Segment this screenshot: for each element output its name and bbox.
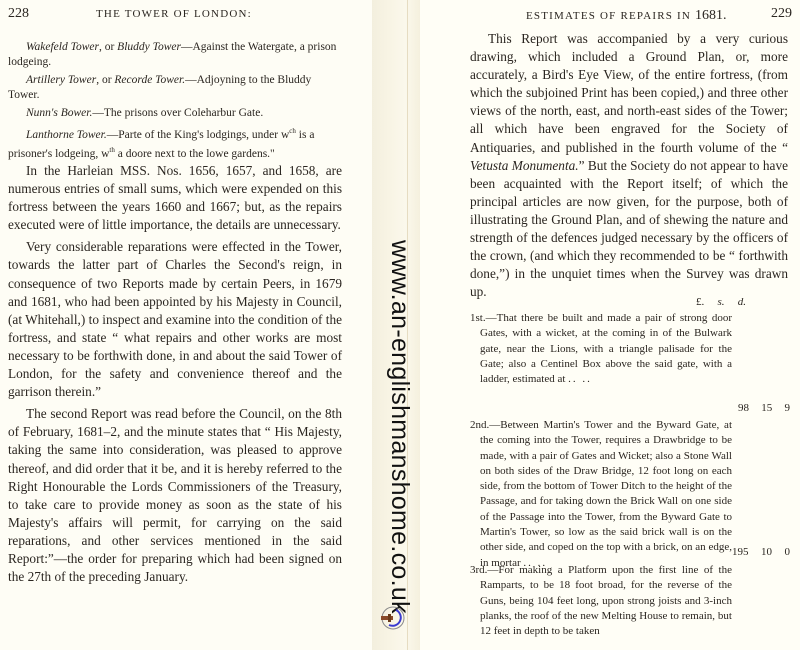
list-item: Artillery Tower, or Recorde Tower.—Adjoy…: [8, 73, 342, 103]
book-spread: 228 THE TOWER OF LONDON: Wakefeld Tower,…: [0, 0, 800, 650]
watermark-text: www.an-englishmanshome.co.uk: [385, 240, 414, 570]
currency-header: £. s. d.: [696, 296, 746, 308]
list-item: Lanthorne Tower.—Parte of the King's lod…: [8, 124, 342, 162]
left-page: 228 THE TOWER OF LONDON: Wakefeld Tower,…: [0, 0, 380, 650]
running-title: THE TOWER OF LONDON:: [96, 8, 252, 20]
right-intro: This Report was accompanied by a very cu…: [470, 30, 788, 301]
compass-flag-logo-icon: [379, 605, 405, 631]
estimate-item-1: 1st.—That there be built and made a pair…: [470, 311, 732, 387]
tower-list: Wakefeld Tower, or Bluddy Tower—Against …: [8, 40, 342, 162]
paragraph: Very considerable reparations were effec…: [8, 238, 342, 401]
italic-title: Vetusta Monumenta.: [470, 158, 579, 173]
estimate-item-2: 2nd.—Between Martin's Tower and the Bywa…: [470, 418, 732, 571]
list-item: Nunn's Bower.—The prisons over Coleharbu…: [8, 106, 342, 121]
page-number: 228: [8, 6, 29, 22]
paragraph: In the Harleian MSS. Nos. 1656, 1657, an…: [8, 162, 342, 234]
page-number: 229: [771, 6, 792, 22]
estimate-amount-2: 195 10 0: [732, 546, 790, 558]
estimate-item-3: 3rd.—For making a Platform upon the firs…: [470, 563, 732, 639]
paragraph: The second Report was read before the Co…: [8, 405, 342, 586]
estimate-amount-1: 98 15 9: [738, 402, 790, 414]
right-page: ESTIMATES OF REPAIRS IN 1681. 229 This R…: [420, 0, 800, 650]
running-title: ESTIMATES OF REPAIRS IN 1681.: [526, 8, 726, 24]
left-body: In the Harleian MSS. Nos. 1656, 1657, an…: [8, 162, 342, 586]
paragraph: This Report was accompanied by a very cu…: [470, 30, 788, 301]
list-item: Wakefeld Tower, or Bluddy Tower—Against …: [8, 40, 342, 70]
